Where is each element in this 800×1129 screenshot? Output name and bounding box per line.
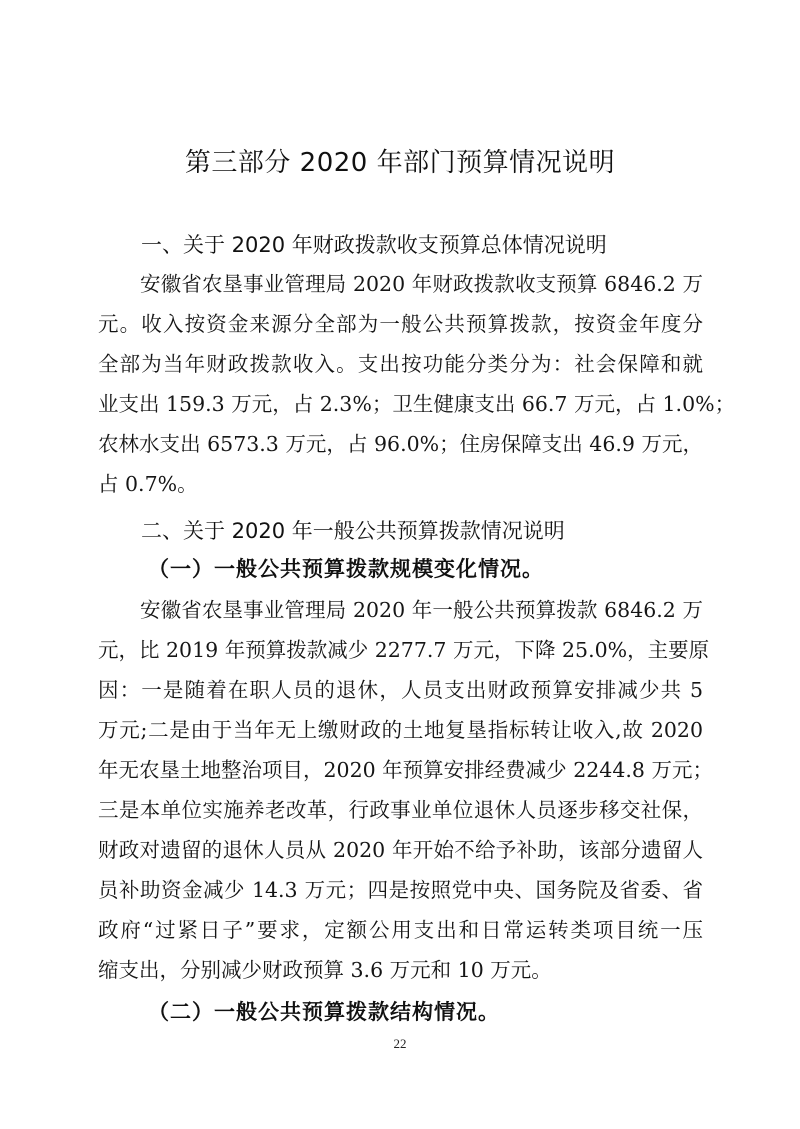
paragraph-line: 占 0.7%。 xyxy=(98,464,703,504)
page-title: 第三部分 2020 年部门预算情况说明 xyxy=(0,142,800,179)
paragraph-line: 三是本单位实施养老改革，行政事业单位退休人员逐步移交社保， xyxy=(98,790,703,830)
paragraph-line: 万元;二是由于当年无上缴财政的土地复垦指标转让收入,故 2020 xyxy=(98,710,703,750)
paragraph-line: 安徽省农垦事业管理局 2020 年财政拨款收支预算 6846.2 万 xyxy=(98,264,703,304)
paragraph-line: 农林水支出 6573.3 万元，占 96.0%；住房保障支出 46.9 万元， xyxy=(98,424,703,464)
subsection-1-paragraph: 安徽省农垦事业管理局 2020 年一般公共预算拨款 6846.2 万 元，比 2… xyxy=(98,590,703,990)
paragraph-line: 财政对遗留的退休人员从 2020 年开始不给予补助，该部分遗留人 xyxy=(98,830,703,870)
paragraph-line: 业支出 159.3 万元，占 2.3%；卫生健康支出 66.7 万元，占 1.0… xyxy=(98,384,703,424)
paragraph-line: 全部为当年财政拨款收入。支出按功能分类分为：社会保障和就 xyxy=(98,344,703,384)
section-heading-1: 一、关于 2020 年财政拨款收支预算总体情况说明 xyxy=(141,229,607,259)
section-1-paragraph: 安徽省农垦事业管理局 2020 年财政拨款收支预算 6846.2 万 元。收入按… xyxy=(98,264,703,504)
paragraph-line: 员补助资金减少 14.3 万元；四是按照党中央、国务院及省委、省 xyxy=(98,870,703,910)
paragraph-line: 政府“过紧日子”要求，定额公用支出和日常运转类项目统一压 xyxy=(98,910,703,950)
paragraph-line: 安徽省农垦事业管理局 2020 年一般公共预算拨款 6846.2 万 xyxy=(98,590,703,630)
document-page: 第三部分 2020 年部门预算情况说明 一、关于 2020 年财政拨款收支预算总… xyxy=(0,0,800,1129)
section-heading-2: 二、关于 2020 年一般公共预算拨款情况说明 xyxy=(141,515,565,545)
paragraph-line: 元，比 2019 年预算拨款减少 2277.7 万元，下降 25.0%，主要原 xyxy=(98,630,703,670)
paragraph-line: 年无农垦土地整治项目，2020 年预算安排经费减少 2244.8 万元； xyxy=(98,750,703,790)
paragraph-line: 缩支出，分别减少财政预算 3.6 万元和 10 万元。 xyxy=(98,950,703,990)
subsection-heading-1: （一）一般公共预算拨款规模变化情况。 xyxy=(148,553,544,583)
paragraph-line: 因：一是随着在职人员的退休，人员支出财政预算安排减少共 5 xyxy=(98,670,703,710)
subsection-heading-2: （二）一般公共预算拨款结构情况。 xyxy=(148,996,500,1026)
page-number: 22 xyxy=(0,1036,800,1052)
paragraph-line: 元。收入按资金来源分全部为一般公共预算拨款，按资金年度分 xyxy=(98,304,703,344)
